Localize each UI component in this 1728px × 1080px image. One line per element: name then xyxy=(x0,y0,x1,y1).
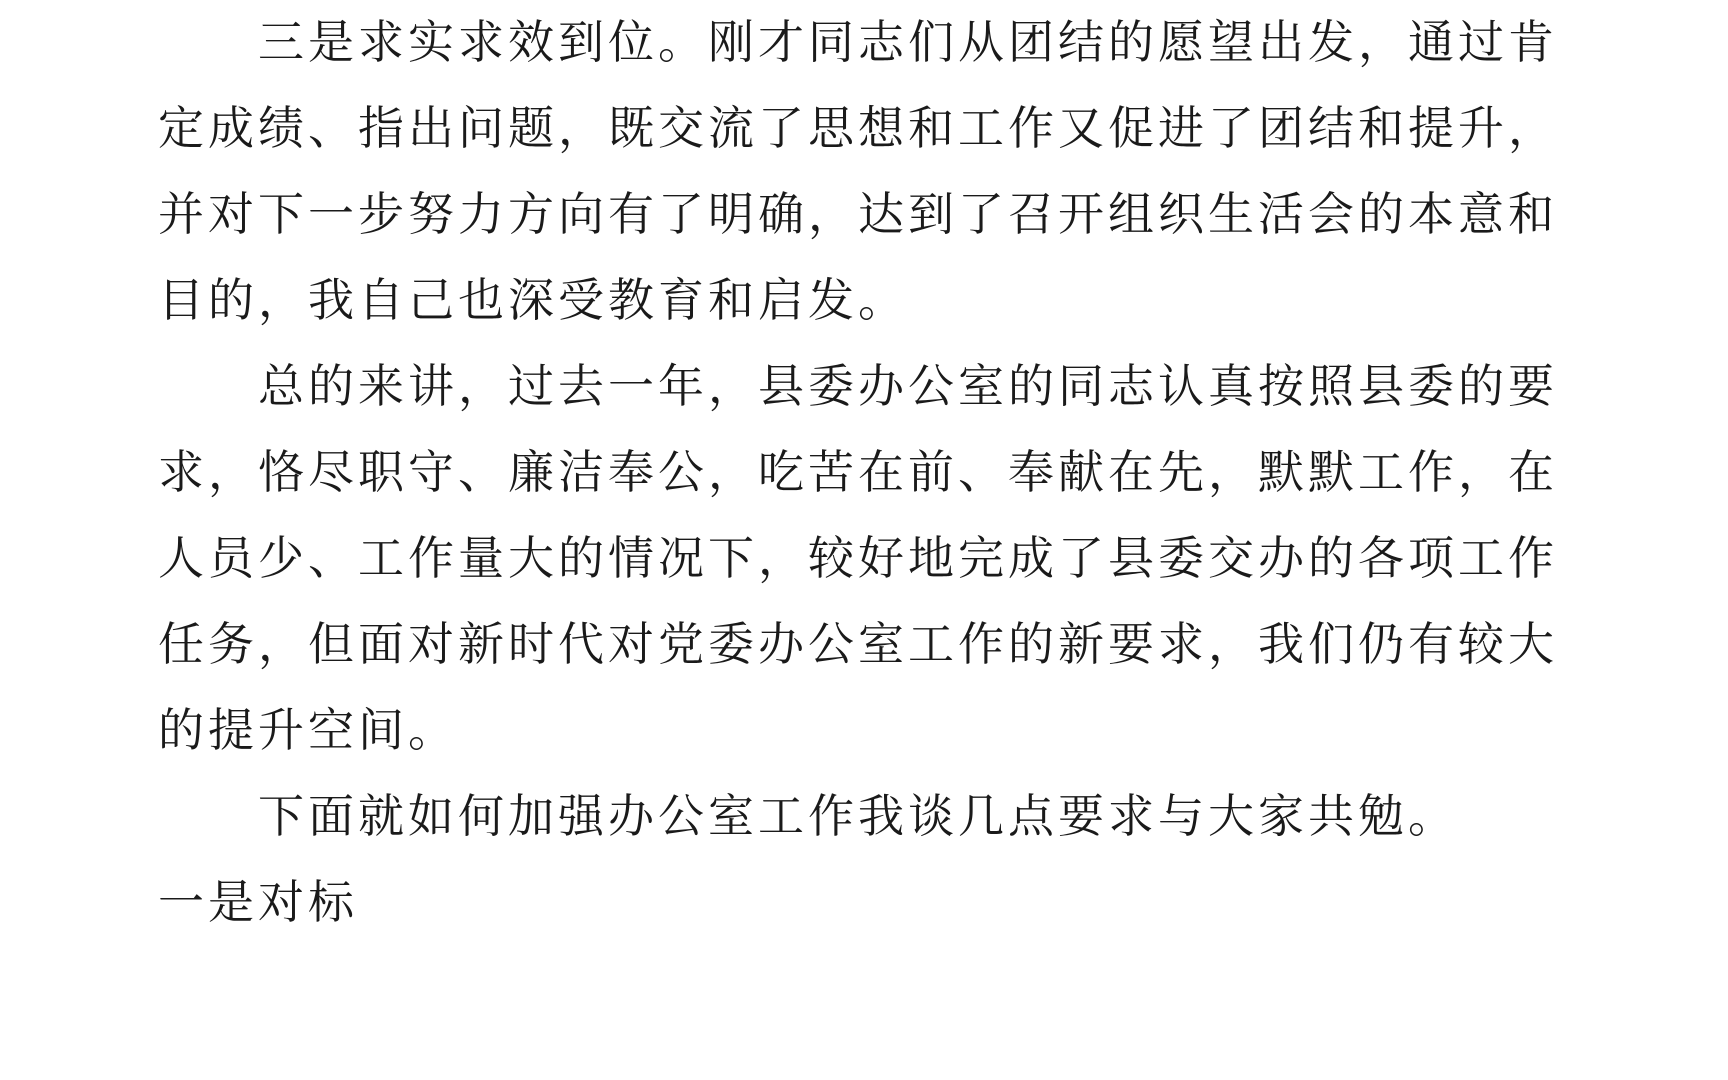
text-line: 任务，但面对新时代对党委办公室工作的新要求，我们仍有较大 xyxy=(158,602,1550,688)
text-line: 一是对标 xyxy=(158,860,1550,946)
text-line: 目的，我自己也深受教育和启发。 xyxy=(158,258,1550,344)
text-line: 的提升空间。 xyxy=(158,688,1550,774)
text-line: 总的来讲，过去一年，县委办公室的同志认真按照县委的要 xyxy=(158,344,1550,430)
text-line: 人员少、工作量大的情况下，较好地完成了县委交办的各项工作 xyxy=(158,516,1550,602)
document-text-block: 三是求实求效到位。刚才同志们从团结的愿望出发，通过肯 定成绩、指出问题，既交流了… xyxy=(158,0,1550,946)
document-page: 三是求实求效到位。刚才同志们从团结的愿望出发，通过肯 定成绩、指出问题，既交流了… xyxy=(0,0,1728,1080)
text-line: 下面就如何加强办公室工作我谈几点要求与大家共勉。 xyxy=(158,774,1550,860)
text-line: 求，恪尽职守、廉洁奉公，吃苦在前、奉献在先，默默工作，在 xyxy=(158,430,1550,516)
text-line: 定成绩、指出问题，既交流了思想和工作又促进了团结和提升， xyxy=(158,86,1550,172)
text-line: 并对下一步努力方向有了明确，达到了召开组织生活会的本意和 xyxy=(158,172,1550,258)
text-line: 三是求实求效到位。刚才同志们从团结的愿望出发，通过肯 xyxy=(158,0,1550,86)
